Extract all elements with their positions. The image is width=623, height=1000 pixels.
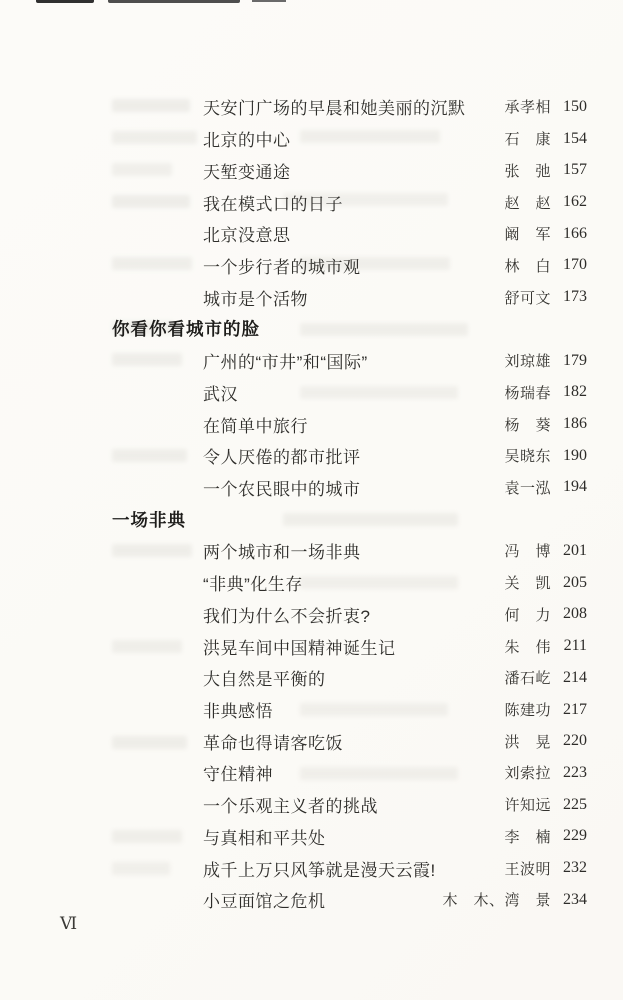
entry-page-number: 225: [553, 796, 587, 814]
toc-entry-row: 守住精神 刘索拉 223: [0, 757, 623, 789]
entry-author: 石 康: [504, 128, 551, 149]
entry-page-number: 205: [553, 574, 587, 592]
entry-author: 潘石屹: [504, 667, 551, 688]
entry-title: 天堑变通途: [203, 158, 291, 183]
entry-title: 我们为什么不会折衷?: [203, 602, 370, 627]
entry-title: 北京的中心: [203, 126, 291, 151]
toc-entry-row: 我们为什么不会折衷? 何 力 208: [0, 599, 623, 631]
toc-entry-row: 与真相和平共处 李 楠 229: [0, 821, 623, 853]
entry-title: 小豆面馆之危机: [203, 887, 326, 912]
toc-entry-row: 武汉 杨瑞春 182: [0, 376, 623, 408]
entry-page-number: 234: [553, 891, 587, 909]
entry-page-number: 170: [553, 256, 587, 274]
entry-title: 广州的“市井”和“国际”: [203, 348, 368, 373]
toc-entry-row: 大自然是平衡的 潘石屹 214: [0, 662, 623, 694]
toc-entry-row: 天安门广场的早晨和她美丽的沉默 承孝相 150: [0, 91, 623, 123]
scan-edge-artifact: [252, 0, 286, 2]
entry-title: 天安门广场的早晨和她美丽的沉默: [203, 94, 466, 119]
entry-page-number: 162: [553, 193, 587, 211]
entry-page-number: 217: [553, 701, 587, 719]
entry-author: 洪 晃: [504, 731, 551, 752]
book-toc-page: 天安门广场的早晨和她美丽的沉默 承孝相 150 北京的中心 石 康 154 天堑…: [0, 0, 623, 1000]
toc-entry-row: 革命也得请客吃饭 洪 晃 220: [0, 725, 623, 757]
entry-title: “非典”化生存: [203, 570, 303, 595]
entry-title: 一个乐观主义者的挑战: [203, 792, 378, 817]
entry-page-number: 229: [553, 827, 587, 845]
entry-title: 守住精神: [203, 760, 273, 785]
entry-page-number: 166: [553, 225, 587, 243]
entry-page-number: 194: [553, 478, 587, 496]
entry-title: 武汉: [203, 380, 238, 405]
entry-author: 刘琼雄: [504, 350, 551, 371]
entry-author: 冯 博: [504, 540, 551, 561]
entry-author: 杨瑞春: [504, 382, 551, 403]
entry-page-number: 220: [553, 732, 587, 750]
section-heading-row: 你看你看城市的脸: [0, 313, 623, 345]
entry-page-number: 154: [553, 130, 587, 148]
entry-author: 何 力: [504, 604, 551, 625]
entry-author: 林 白: [504, 255, 551, 276]
entry-title: 北京没意思: [203, 221, 291, 246]
toc-entry-row: 城市是个活物 舒可文 173: [0, 281, 623, 313]
toc-entry-row: 北京没意思 阚 军 166: [0, 218, 623, 250]
toc-entry-row: 令人厌倦的都市批评 吴晓东 190: [0, 440, 623, 472]
toc-entry-row: 北京的中心 石 康 154: [0, 123, 623, 155]
entry-author: 李 楠: [504, 826, 551, 847]
entry-author: 木 木、湾 景: [442, 889, 551, 910]
toc-entry-row: 小豆面馆之危机 木 木、湾 景 234: [0, 884, 623, 916]
toc-entry-row: 我在模式口的日子 赵 赵 162: [0, 186, 623, 218]
entry-author: 朱 伟: [504, 636, 551, 657]
entry-title: 一个步行者的城市观: [203, 253, 361, 278]
entry-page-number: 179: [553, 352, 587, 370]
entry-page-number: 150: [553, 98, 587, 116]
entry-author: 承孝相: [504, 96, 551, 117]
scan-edge-artifact: [108, 0, 240, 3]
toc-entry-row: 非典感悟 陈建功 217: [0, 694, 623, 726]
entry-page-number: 190: [553, 447, 587, 465]
entry-author: 关 凯: [504, 572, 551, 593]
entry-page-number: 157: [553, 161, 587, 179]
entry-author: 阚 军: [504, 223, 551, 244]
page-number-folio: Ⅵ: [60, 914, 78, 934]
toc-entry-row: 一个乐观主义者的挑战 许知远 225: [0, 789, 623, 821]
entry-page-number: 211: [553, 637, 587, 655]
toc-entry-row: 成千上万只风筝就是漫天云霞! 王波明 232: [0, 852, 623, 884]
entry-title: 革命也得请客吃饭: [203, 729, 343, 754]
entry-page-number: 201: [553, 542, 587, 560]
entry-author: 张 弛: [504, 160, 551, 181]
entry-title: 我在模式口的日子: [203, 190, 343, 215]
entry-author: 陈建功: [504, 699, 551, 720]
toc-entry-row: “非典”化生存 关 凯 205: [0, 567, 623, 599]
toc-entry-row: 天堑变通途 张 弛 157: [0, 154, 623, 186]
entry-title: 一个农民眼中的城市: [203, 475, 361, 500]
entry-title: 城市是个活物: [203, 285, 308, 310]
entry-author: 刘索拉: [504, 762, 551, 783]
entry-page-number: 173: [553, 288, 587, 306]
entry-title: 非典感悟: [203, 697, 273, 722]
scan-edge-artifact: [36, 0, 94, 3]
entry-title: 成千上万只风筝就是漫天云霞!: [203, 856, 436, 881]
toc-entry-row: 洪晃车间中国精神诞生记 朱 伟 211: [0, 630, 623, 662]
toc-entry-row: 两个城市和一场非典 冯 博 201: [0, 535, 623, 567]
section-heading: 你看你看城市的脸: [112, 316, 260, 341]
toc-entry-row: 一个步行者的城市观 林 白 170: [0, 250, 623, 282]
entry-title: 大自然是平衡的: [203, 665, 326, 690]
toc-entry-row: 广州的“市井”和“国际” 刘琼雄 179: [0, 345, 623, 377]
entry-page-number: 232: [553, 859, 587, 877]
entry-page-number: 214: [553, 669, 587, 687]
entry-author: 王波明: [504, 858, 551, 879]
entry-page-number: 208: [553, 605, 587, 623]
toc-entry-row: 一个农民眼中的城市 袁一泓 194: [0, 472, 623, 504]
entry-page-number: 186: [553, 415, 587, 433]
table-of-contents: 天安门广场的早晨和她美丽的沉默 承孝相 150 北京的中心 石 康 154 天堑…: [0, 91, 623, 916]
entry-author: 袁一泓: [504, 477, 551, 498]
entry-page-number: 182: [553, 383, 587, 401]
entry-page-number: 223: [553, 764, 587, 782]
entry-author: 杨 葵: [504, 414, 551, 435]
entry-author: 许知远: [504, 794, 551, 815]
entry-title: 与真相和平共处: [203, 824, 326, 849]
section-heading: 一场非典: [112, 507, 186, 532]
entry-title: 洪晃车间中国精神诞生记: [203, 634, 396, 659]
entry-author: 舒可文: [504, 287, 551, 308]
entry-title: 两个城市和一场非典: [203, 538, 361, 563]
entry-title: 令人厌倦的都市批评: [203, 443, 361, 468]
entry-title: 在简单中旅行: [203, 412, 308, 437]
toc-entry-row: 在简单中旅行 杨 葵 186: [0, 408, 623, 440]
entry-author: 吴晓东: [504, 445, 551, 466]
section-heading-row: 一场非典: [0, 503, 623, 535]
entry-author: 赵 赵: [504, 192, 551, 213]
